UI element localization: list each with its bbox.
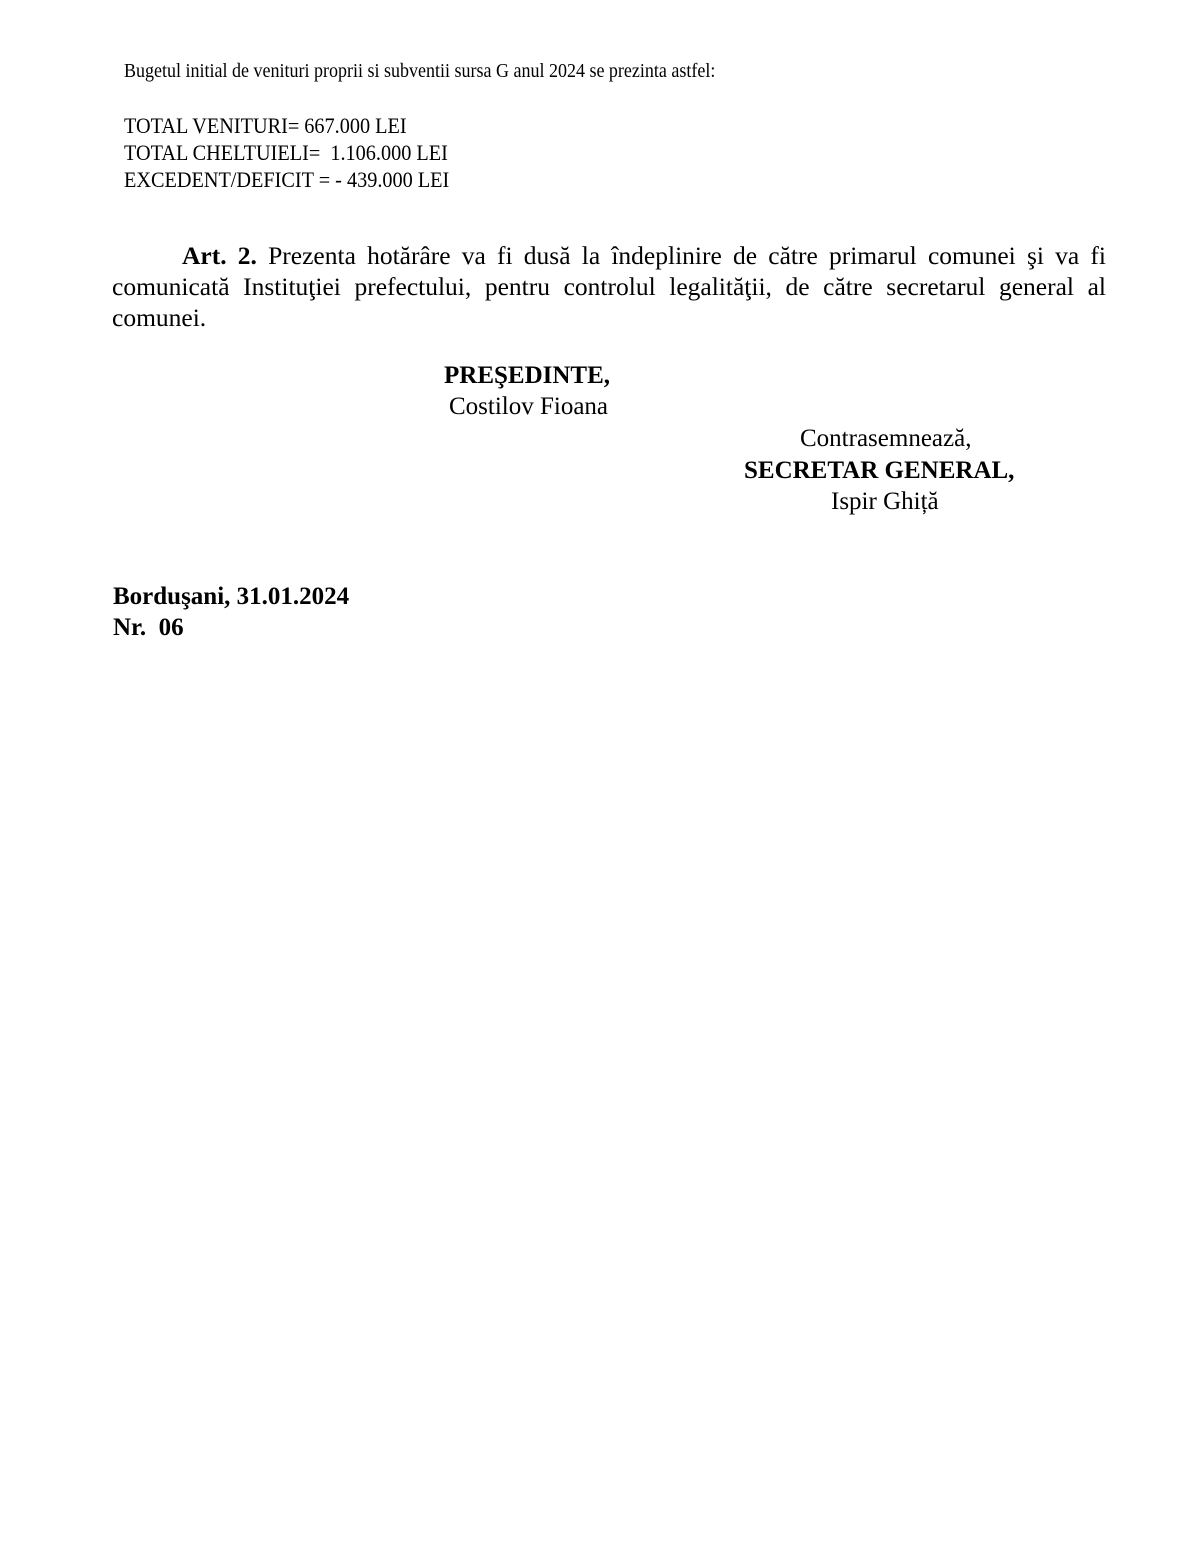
budget-intro-text: Bugetul initial de venituri proprii si s…	[124, 60, 715, 83]
countersign-label: Contrasemnează,	[800, 425, 971, 453]
president-name: Costilov Fioana	[449, 393, 608, 421]
surplus-deficit-line: EXCEDENT/DEFICIT = - 439.000 LEI	[124, 167, 449, 193]
secretary-name: Ispir Ghiță	[831, 488, 939, 516]
total-revenues-line: TOTAL VENITURI= 667.000 LEI	[124, 113, 407, 139]
total-expenses-line: TOTAL CHELTUIELI= 1.106.000 LEI	[124, 140, 448, 166]
decision-number: Nr. 06	[113, 614, 184, 642]
article-text: Prezenta hotărâre va fi dusă la îndeplin…	[112, 241, 1106, 332]
secretary-title: SECRETAR GENERAL,	[744, 457, 1014, 485]
president-title: PREŞEDINTE,	[444, 362, 610, 390]
article-2-paragraph: Art. 2. Prezenta hotărâre va fi dusă la …	[112, 240, 1106, 333]
place-and-date: Borduşani, 31.01.2024	[113, 583, 349, 611]
article-label: Art. 2.	[182, 241, 257, 270]
